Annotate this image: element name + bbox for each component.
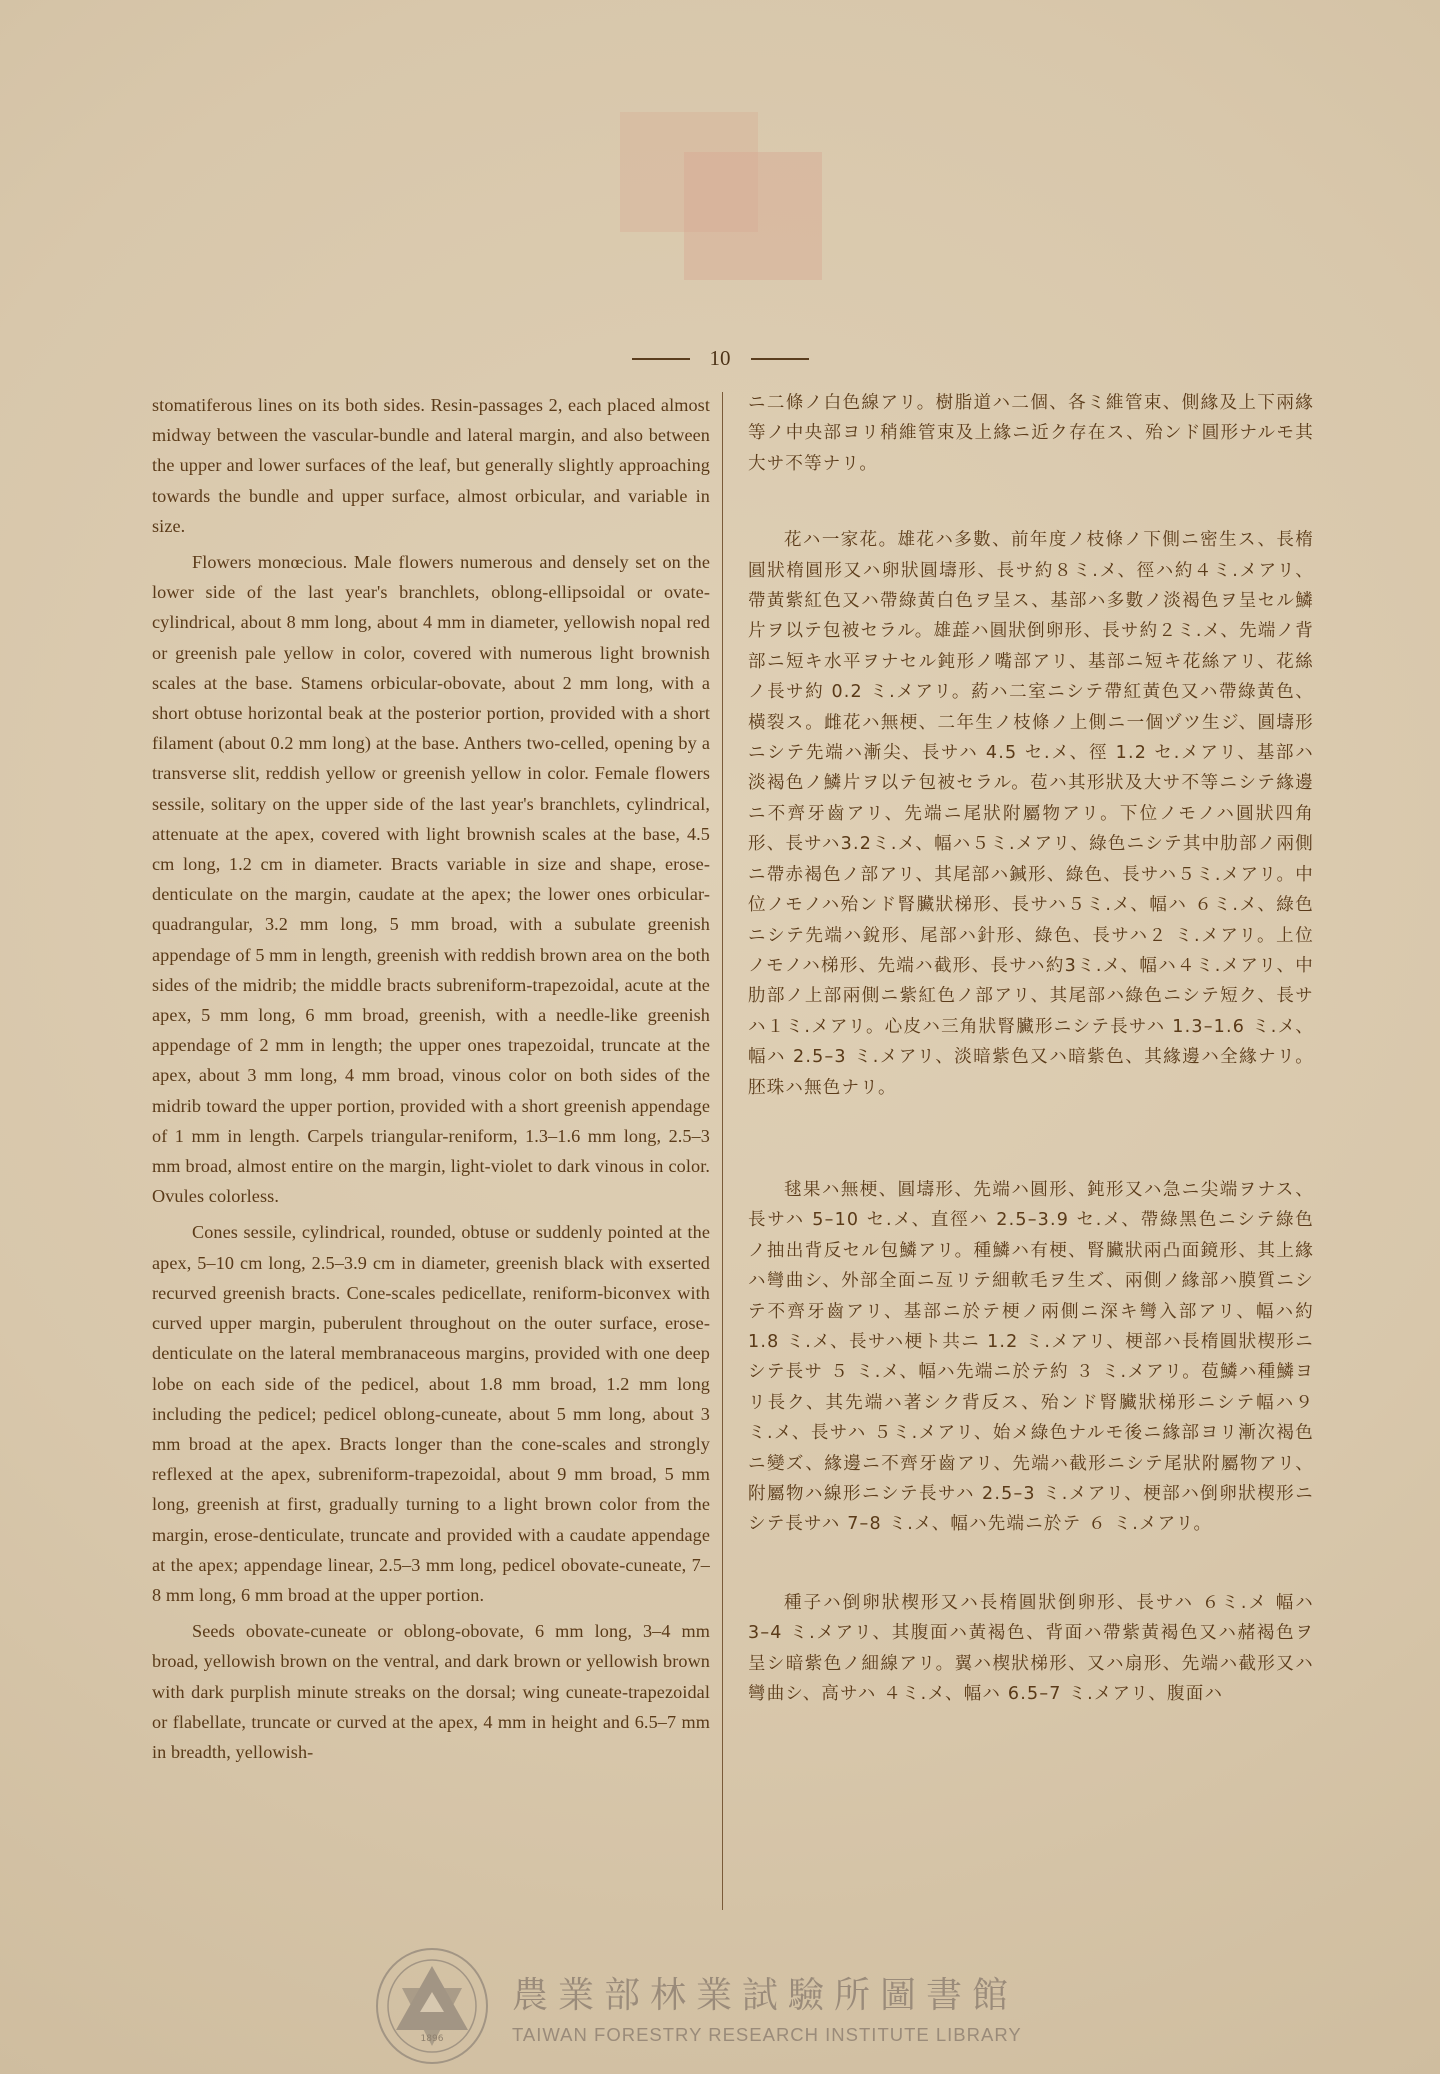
column-divider <box>722 392 723 1910</box>
paragraph-cones: Cones sessile, cylindrical, rounded, obt… <box>152 1217 710 1610</box>
library-watermark: 1896 農業部林業試驗所圖書館 TAIWAN FORESTRY RESEARC… <box>372 1946 1092 2066</box>
paragraph-flowers: Flowers monœcious. Male flowers numerous… <box>152 547 710 1211</box>
paragraph-jp-resin: ニ二條ノ白色線アリ。樹脂道ハ二個、各ミ維管束、側緣及上下兩緣等ノ中央部ヨリ稍維管… <box>748 388 1314 479</box>
page-number: 10 <box>710 346 731 371</box>
paragraph-seeds: Seeds obovate-cuneate or oblong-obovate,… <box>152 1616 710 1767</box>
library-name-english: TAIWAN FORESTRY RESEARCH INSTITUTE LIBRA… <box>512 2024 1022 2046</box>
library-name-chinese: 農業部林業試驗所圖書館 <box>512 1967 1022 2018</box>
paragraph-jp-flowers: 花ハ一家花。雄花ハ多數、前年度ノ枝條ノ下側ニ密生ス、長楕圓狀楕圓形又ハ卵狀圓壔形… <box>748 525 1314 1103</box>
seal-stamp <box>684 152 822 280</box>
japanese-column: ニ二條ノ白色線アリ。樹脂道ハ二個、各ミ維管束、側緣及上下兩緣等ノ中央部ヨリ稍維管… <box>748 388 1314 1709</box>
paragraph-jp-seeds: 種子ハ倒卵狀楔形又ハ長楕圓狀倒卵形、長サハ ６ミ.メ 幅ハ 3–4 ミ.メアリ、… <box>748 1588 1314 1710</box>
paragraph-jp-cones: 毬果ハ無梗、圓壔形、先端ハ圓形、鈍形又ハ急ニ尖端ヲナス、長サハ 5–10 セ.メ… <box>748 1175 1314 1540</box>
rule-right <box>751 358 809 360</box>
paragraph-resin-passages: stomatiferous lines on its both sides. R… <box>152 390 710 541</box>
page-number-header: 10 <box>0 346 1440 371</box>
rule-left <box>632 358 690 360</box>
svg-text:1896: 1896 <box>421 2034 444 2044</box>
english-column: stomatiferous lines on its both sides. R… <box>152 390 710 1773</box>
institute-logo-icon: 1896 <box>372 1946 492 2066</box>
